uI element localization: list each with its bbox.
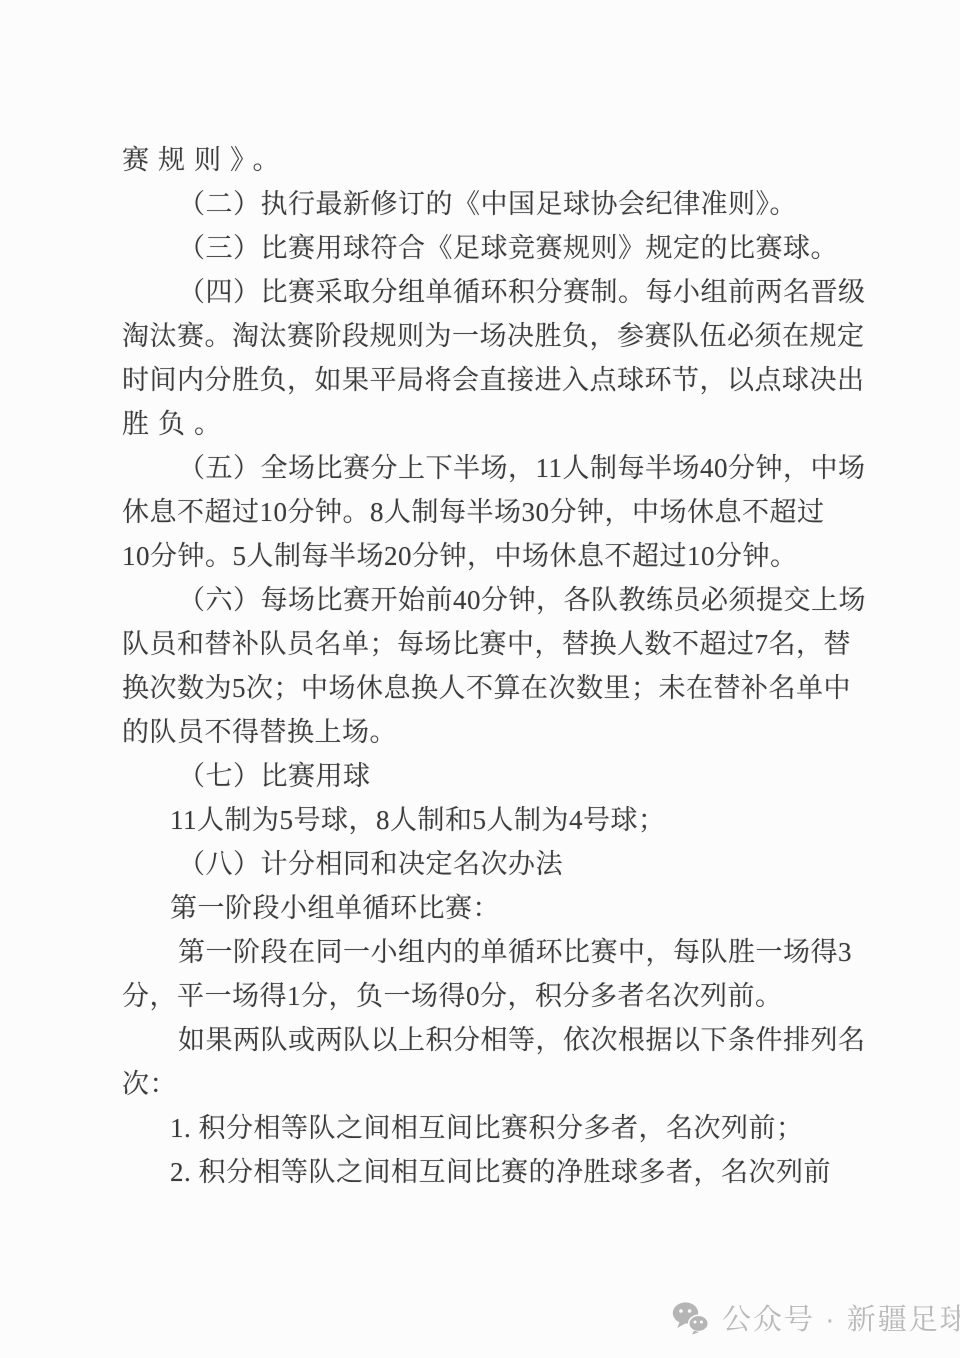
- doc-line: 2. 积分相等队之间相互间比赛的净胜球多者，名次列前: [122, 1150, 882, 1194]
- watermark: 公众号 · 新疆足球: [672, 1297, 960, 1338]
- doc-line: 次：: [122, 1062, 882, 1106]
- doc-line: 分，平一场得1分，负一场得0分，积分多者名次列前。: [122, 974, 882, 1018]
- doc-line: 第一阶段在同一小组内的单循环比赛中，每队胜一场得3: [122, 930, 882, 974]
- doc-line: （五）全场比赛分上下半场，11人制每半场40分钟，中场: [122, 446, 882, 490]
- doc-line: （三）比赛用球符合《足球竞赛规则》规定的比赛球。: [122, 226, 882, 270]
- document-body: 赛规则》。（二）执行最新修订的《中国足球协会纪律准则》。（三）比赛用球符合《足球…: [122, 138, 882, 1194]
- doc-line: 队员和替补队员名单；每场比赛中，替换人数不超过7名，替: [122, 622, 882, 666]
- doc-line: 10分钟。5人制每半场20分钟，中场休息不超过10分钟。: [122, 534, 882, 578]
- doc-line: 淘汰赛。淘汰赛阶段规则为一场决胜负，参赛队伍必须在规定: [122, 314, 882, 358]
- doc-line: （八）计分相同和决定名次办法: [122, 842, 882, 886]
- watermark-label: 公众号 · 新疆足球: [722, 1297, 960, 1338]
- doc-line: 第一阶段小组单循环比赛：: [122, 886, 882, 930]
- doc-line: 赛规则》。: [122, 138, 882, 182]
- doc-line: 换次数为5次；中场休息换人不算在次数里；未在替补名单中: [122, 666, 882, 710]
- doc-line: 胜负。: [122, 402, 882, 446]
- doc-line: 1. 积分相等队之间相互间比赛积分多者，名次列前；: [122, 1106, 882, 1150]
- doc-line: 时间内分胜负，如果平局将会直接进入点球环节，以点球决出: [122, 358, 882, 402]
- wechat-icon: [672, 1301, 710, 1335]
- doc-line: 如果两队或两队以上积分相等，依次根据以下条件排列名: [122, 1018, 882, 1062]
- doc-line: 11人制为5号球，8人制和5人制为4号球；: [122, 798, 882, 842]
- doc-line: （六）每场比赛开始前40分钟，各队教练员必须提交上场: [122, 578, 882, 622]
- doc-line: 的队员不得替换上场。: [122, 710, 882, 754]
- doc-line: 休息不超过10分钟。8人制每半场30分钟，中场休息不超过: [122, 490, 882, 534]
- doc-line: （七）比赛用球: [122, 754, 882, 798]
- doc-line: （四）比赛采取分组单循环积分赛制。每小组前两名晋级: [122, 270, 882, 314]
- doc-line: （二）执行最新修订的《中国足球协会纪律准则》。: [122, 182, 882, 226]
